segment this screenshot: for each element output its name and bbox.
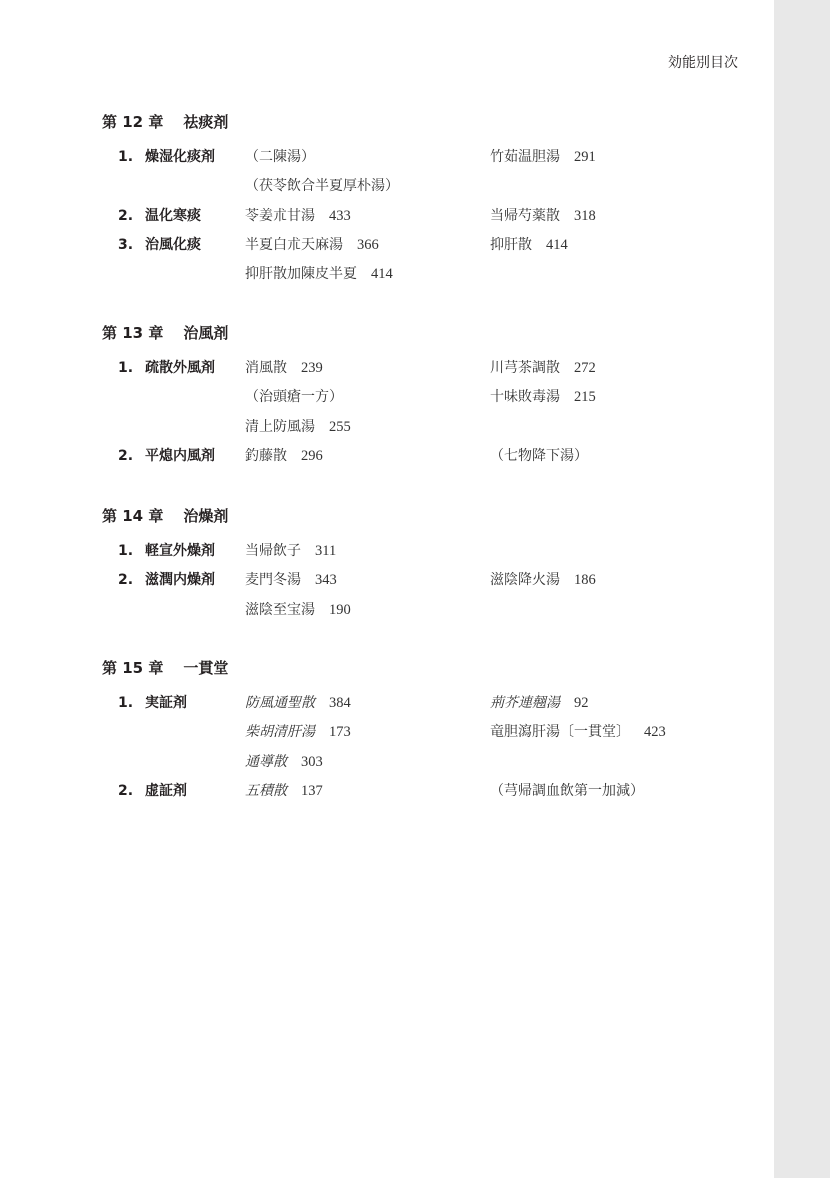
page-number: 433 xyxy=(329,208,351,224)
page-number: 296 xyxy=(301,448,323,464)
formula-name: 通導散 xyxy=(245,754,287,770)
formula-name: 抑肝散加陳皮半夏 xyxy=(245,266,357,282)
page-number: 215 xyxy=(574,389,596,405)
formula-name: 当帰飲子 xyxy=(245,543,301,559)
toc-row: 抑肝散加陳皮半夏414 xyxy=(102,260,228,289)
category-label: 軽宣外燥剤 xyxy=(145,537,215,566)
toc-row: 3.治風化痰半夏白朮天麻湯366抑肝散414 xyxy=(102,231,228,260)
formula-name: 竜胆瀉肝湯〔一貫堂〕 xyxy=(490,724,630,740)
chapter-title: 一貫堂 xyxy=(183,659,228,677)
page-number: 272 xyxy=(574,360,596,376)
toc-row: 1.実証剤防風通聖散384荊芥連翹湯92 xyxy=(102,689,228,718)
category-label: 疏散外風剤 xyxy=(145,354,215,383)
formula-entry[interactable]: 麦門冬湯343 xyxy=(245,566,337,595)
page-number: 311 xyxy=(315,543,336,559)
page-number: 303 xyxy=(301,754,323,770)
page-number: 291 xyxy=(574,149,596,165)
formula-name: 五積散 xyxy=(245,783,287,799)
chapter-heading: 第 12 章祛痰剤 xyxy=(102,110,228,134)
chapter-number: 第 15 章 xyxy=(102,659,163,677)
chapter-section: 第 12 章祛痰剤1.燥湿化痰剤（二陳湯）竹茹温胆湯291（茯苓飲合半夏厚朴湯）… xyxy=(102,110,228,289)
page-number: 186 xyxy=(574,572,596,588)
page-number: 190 xyxy=(329,602,351,618)
section-number: 1. xyxy=(118,354,133,383)
formula-entry[interactable]: 消風散239 xyxy=(245,354,323,383)
formula-entry[interactable]: 十味敗毒湯215 xyxy=(490,383,596,412)
formula-name: 防風通聖散 xyxy=(245,695,315,711)
section-number: 2. xyxy=(118,566,133,595)
page-number: 92 xyxy=(574,695,589,711)
formula-entry[interactable]: 滋陰降火湯186 xyxy=(490,566,596,595)
page-number: 423 xyxy=(644,724,666,740)
toc-row: （茯苓飲合半夏厚朴湯） xyxy=(102,172,228,201)
formula-entry[interactable]: 五積散137 xyxy=(245,777,323,806)
section-number: 2. xyxy=(118,442,133,471)
page-number: 239 xyxy=(301,360,323,376)
chapter-title: 祛痰剤 xyxy=(183,113,228,131)
page-margin-panel xyxy=(774,0,830,1178)
formula-entry[interactable]: 苓姜朮甘湯433 xyxy=(245,202,351,231)
page-number: 255 xyxy=(329,419,351,435)
formula-entry[interactable]: （二陳湯） xyxy=(245,143,315,172)
formula-entry[interactable]: 竹茹温胆湯291 xyxy=(490,143,596,172)
chapter-section: 第 13 章治風剤1.疏散外風剤消風散239川芎茶調散272（治頭瘡一方）十味敗… xyxy=(102,321,228,471)
category-label: 燥湿化痰剤 xyxy=(145,143,215,172)
formula-entry[interactable]: 釣藤散296 xyxy=(245,442,323,471)
formula-name: 消風散 xyxy=(245,360,287,376)
formula-name: 苓姜朮甘湯 xyxy=(245,208,315,224)
formula-entry[interactable]: （治頭瘡一方） xyxy=(245,383,343,412)
section-number: 2. xyxy=(118,202,133,231)
page-number: 414 xyxy=(371,266,393,282)
page-number: 384 xyxy=(329,695,351,711)
toc-row: 滋陰至宝湯190 xyxy=(102,596,228,625)
formula-entry[interactable]: 柴胡清肝湯173 xyxy=(245,718,351,747)
formula-name: （芎帰調血飲第一加減） xyxy=(490,783,644,799)
toc-row: 1.軽宣外燥剤当帰飲子311 xyxy=(102,537,228,566)
page-number: 318 xyxy=(574,208,596,224)
toc-row: 清上防風湯255 xyxy=(102,413,228,442)
formula-name: 滋陰至宝湯 xyxy=(245,602,315,618)
formula-entry[interactable]: 通導散303 xyxy=(245,748,323,777)
chapter-section: 第 14 章治燥剤1.軽宣外燥剤当帰飲子3112.滋潤内燥剤麦門冬湯343滋陰降… xyxy=(102,504,228,625)
formula-entry[interactable]: 荊芥連翹湯92 xyxy=(490,689,589,718)
category-label: 滋潤内燥剤 xyxy=(145,566,215,595)
page-number: 343 xyxy=(315,572,337,588)
toc-row: 1.燥湿化痰剤（二陳湯）竹茹温胆湯291 xyxy=(102,143,228,172)
section-number: 1. xyxy=(118,143,133,172)
category-label: 実証剤 xyxy=(145,689,187,718)
section-number: 1. xyxy=(118,689,133,718)
formula-entry[interactable]: 抑肝散加陳皮半夏414 xyxy=(245,260,393,289)
page-number: 366 xyxy=(357,237,379,253)
section-number: 3. xyxy=(118,231,133,260)
toc-row: 2.温化寒痰苓姜朮甘湯433当帰芍薬散318 xyxy=(102,202,228,231)
formula-name: 滋陰降火湯 xyxy=(490,572,560,588)
page-number: 414 xyxy=(546,237,568,253)
toc-row: 2.平熄内風剤釣藤散296（七物降下湯） xyxy=(102,442,228,471)
category-label: 平熄内風剤 xyxy=(145,442,215,471)
formula-name: 半夏白朮天麻湯 xyxy=(245,237,343,253)
category-label: 治風化痰 xyxy=(145,231,201,260)
formula-entry[interactable]: 抑肝散414 xyxy=(490,231,568,260)
chapter-heading: 第 14 章治燥剤 xyxy=(102,504,228,528)
chapter-number: 第 14 章 xyxy=(102,507,163,525)
section-number: 1. xyxy=(118,537,133,566)
chapter-heading: 第 15 章一貫堂 xyxy=(102,656,228,680)
formula-entry[interactable]: 滋陰至宝湯190 xyxy=(245,596,351,625)
formula-name: 柴胡清肝湯 xyxy=(245,724,315,740)
formula-name: （茯苓飲合半夏厚朴湯） xyxy=(245,178,399,194)
formula-name: （治頭瘡一方） xyxy=(245,389,343,405)
formula-name: 清上防風湯 xyxy=(245,419,315,435)
formula-name: 麦門冬湯 xyxy=(245,572,301,588)
chapter-title: 治燥剤 xyxy=(183,507,228,525)
category-label: 温化寒痰 xyxy=(145,202,201,231)
formula-entry[interactable]: 当帰芍薬散318 xyxy=(490,202,596,231)
formula-entry[interactable]: （茯苓飲合半夏厚朴湯） xyxy=(245,172,399,201)
formula-entry[interactable]: 当帰飲子311 xyxy=(245,537,336,566)
formula-entry[interactable]: （芎帰調血飲第一加減） xyxy=(490,777,644,806)
formula-name: 当帰芍薬散 xyxy=(490,208,560,224)
toc-row: 2.滋潤内燥剤麦門冬湯343滋陰降火湯186 xyxy=(102,566,228,595)
chapter-section: 第 15 章一貫堂1.実証剤防風通聖散384荊芥連翹湯92柴胡清肝湯173竜胆瀉… xyxy=(102,656,228,806)
chapter-title: 治風剤 xyxy=(183,324,228,342)
formula-name: 抑肝散 xyxy=(490,237,532,253)
running-head: 効能別目次 xyxy=(668,52,738,72)
page-number: 173 xyxy=(329,724,351,740)
category-label: 虚証剤 xyxy=(145,777,187,806)
page-number: 137 xyxy=(301,783,323,799)
formula-entry[interactable]: 半夏白朮天麻湯366 xyxy=(245,231,379,260)
formula-name: 十味敗毒湯 xyxy=(490,389,560,405)
formula-name: 川芎茶調散 xyxy=(490,360,560,376)
chapter-heading: 第 13 章治風剤 xyxy=(102,321,228,345)
formula-name: （二陳湯） xyxy=(245,149,315,165)
formula-name: 釣藤散 xyxy=(245,448,287,464)
formula-entry[interactable]: 防風通聖散384 xyxy=(245,689,351,718)
formula-entry[interactable]: 清上防風湯255 xyxy=(245,413,351,442)
toc-row: （治頭瘡一方）十味敗毒湯215 xyxy=(102,383,228,412)
formula-entry[interactable]: 川芎茶調散272 xyxy=(490,354,596,383)
chapter-number: 第 13 章 xyxy=(102,324,163,342)
section-number: 2. xyxy=(118,777,133,806)
toc-row: 2.虚証剤五積散137（芎帰調血飲第一加減） xyxy=(102,777,228,806)
formula-entry[interactable]: 竜胆瀉肝湯〔一貫堂〕423 xyxy=(490,718,666,747)
formula-entry[interactable]: （七物降下湯） xyxy=(490,442,588,471)
chapter-number: 第 12 章 xyxy=(102,113,163,131)
formula-name: （七物降下湯） xyxy=(490,448,588,464)
formula-name: 竹茹温胆湯 xyxy=(490,149,560,165)
toc-row: 柴胡清肝湯173竜胆瀉肝湯〔一貫堂〕423 xyxy=(102,718,228,747)
toc-row: 通導散303 xyxy=(102,748,228,777)
toc-row: 1.疏散外風剤消風散239川芎茶調散272 xyxy=(102,354,228,383)
formula-name: 荊芥連翹湯 xyxy=(490,695,560,711)
